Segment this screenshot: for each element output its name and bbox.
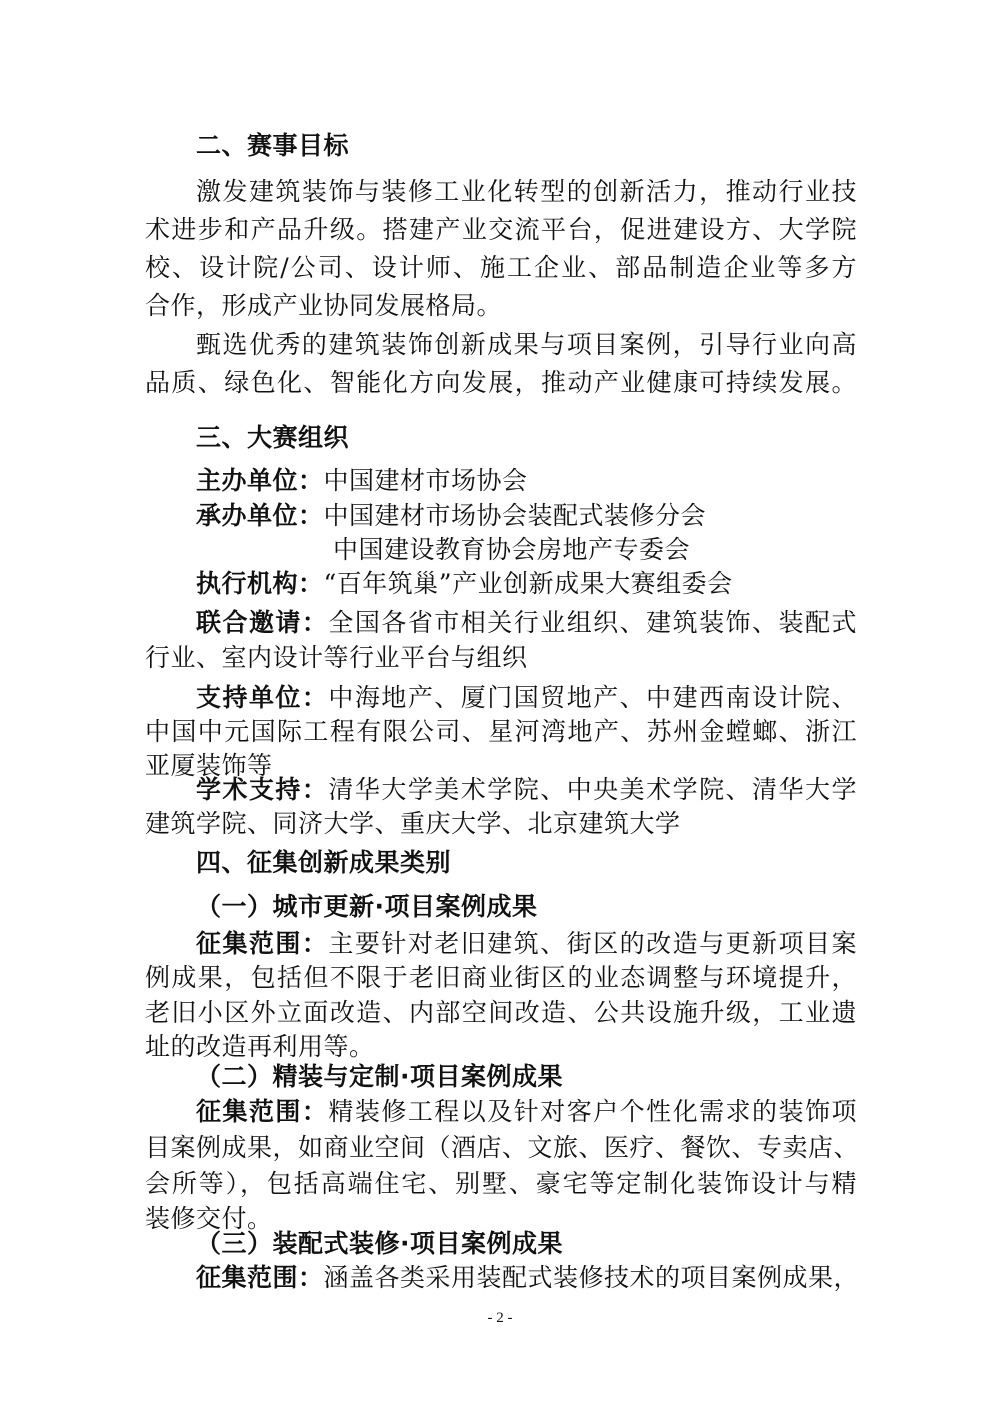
paragraph-line: 激发建筑装饰与装修工业化转型的创新活力，推动行业技 [196,174,857,210]
host-row: 主办单位：中国建材市场协会 [196,463,908,499]
executor-row: 执行机构：“百年筑巢”产业创新成果大赛组委会 [196,566,908,602]
paragraph-line: 术进步和产品升级。搭建产业交流平台，促进建设方、大学院 [145,212,857,248]
joint-value: 全国各省市相关行业组织、建筑装饰、装配式 [328,608,857,637]
organizer-label: 承办单位： [196,501,324,530]
paragraph-line: 合作，形成产业协同发展格局。 [145,288,857,324]
scope-label: 征集范围： [196,929,328,958]
host-value: 中国建材市场协会 [324,466,528,495]
page-number: - 2 - [0,1310,1000,1327]
organizer-value-2: 中国建设教育协会房地产专委会 [333,532,1000,568]
paragraph-line: 目案例成果，如商业空间（酒店、文旅、医疗、餐饮、专卖店、 [145,1130,857,1166]
organizer-value: 中国建材市场协会装配式装修分会 [324,501,707,530]
executor-value: “百年筑巢”产业创新成果大赛组委会 [324,569,733,598]
paragraph-line: 老旧小区外立面改造、内部空间改造、公共设施升级，工业遗 [145,995,857,1031]
paragraph-line: 品质、绿色化、智能化方向发展，推动产业健康可持续发展。 [145,365,857,401]
scope-label: 征集范围： [196,1263,324,1292]
academic-value: 清华大学美术学院、中央美术学院、清华大学 [328,775,857,804]
category-scope-row: 征集范围：精装修工程以及针对客户个性化需求的装饰项 [196,1094,857,1130]
support-value: 中海地产、厦门国贸地产、中建西南设计院、 [328,683,857,712]
section-heading-organization: 三、大赛组织 [196,420,908,456]
section-heading-categories: 四、征集创新成果类别 [196,845,908,881]
host-label: 主办单位： [196,466,324,495]
academic-line: 建筑学院、同济大学、重庆大学、北京建筑大学 [145,806,857,842]
executor-label: 执行机构： [196,569,324,598]
joint-row: 联合邀请：全国各省市相关行业组织、建筑装饰、装配式 [196,605,857,641]
paragraph-line: 校、设计院/公司、设计师、施工企业、部品制造企业等多方 [145,250,857,286]
support-row: 支持单位：中海地产、厦门国贸地产、中建西南设计院、 [196,680,857,716]
category-title-1: （一）城市更新·项目案例成果 [196,889,908,925]
support-label: 支持单位： [196,683,328,712]
paragraph-line: 例成果，包括但不限于老旧商业街区的业态调整与环境提升， [145,960,857,996]
paragraph-line: 会所等），包括高端住宅、别墅、豪宅等定制化装饰设计与精 [145,1166,857,1202]
support-line: 中国中元国际工程有限公司、星河湾地产、苏州金螳螂、浙江 [145,714,857,750]
category-scope-row: 征集范围：主要针对老旧建筑、街区的改造与更新项目案 [196,926,857,962]
joint-line: 行业、室内设计等行业平台与组织 [145,640,857,676]
academic-label: 学术支持： [196,775,328,804]
section-heading-goals: 二、赛事目标 [196,128,908,164]
joint-label: 联合邀请： [196,608,328,637]
paragraph-line: 甄选优秀的建筑装饰创新成果与项目案例，引导行业向高 [196,327,857,363]
scope-value: 涵盖各类采用装配式装修技术的项目案例成果， [324,1263,860,1292]
scope-value: 精装修工程以及针对客户个性化需求的装饰项 [328,1097,857,1126]
category-scope-row: 征集范围：涵盖各类采用装配式装修技术的项目案例成果， [196,1260,857,1296]
category-title-2: （二）精装与定制·项目案例成果 [196,1059,908,1095]
category-title-3: （三）装配式装修·项目案例成果 [196,1226,908,1262]
organizer-row: 承办单位：中国建材市场协会装配式装修分会 [196,498,908,534]
scope-value: 主要针对老旧建筑、街区的改造与更新项目案 [328,929,857,958]
document-page: 二、赛事目标 激发建筑装饰与装修工业化转型的创新活力，推动行业技 术进步和产品升… [0,0,1000,1414]
scope-label: 征集范围： [196,1097,328,1126]
academic-row: 学术支持：清华大学美术学院、中央美术学院、清华大学 [196,772,857,808]
